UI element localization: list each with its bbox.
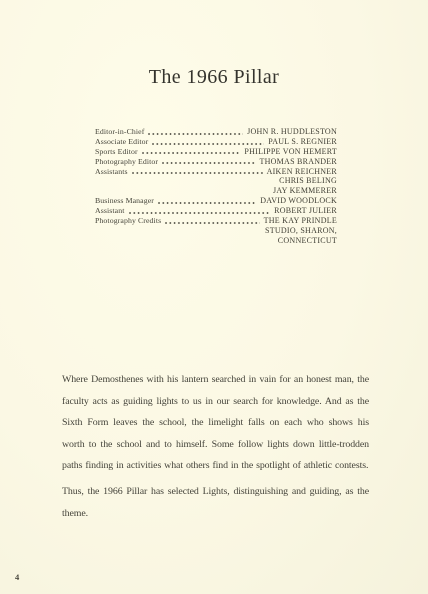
masthead-person-name: CONNECTICUT — [278, 236, 337, 246]
masthead-role-label: Sports Editor — [95, 147, 138, 157]
masthead-person-name: ROBERT JULIER — [274, 206, 337, 216]
body-text: Where Demosthenes with his lantern searc… — [62, 369, 369, 525]
dot-leader — [152, 143, 264, 145]
masthead-row: Associate EditorPAUL S. REGNIER — [95, 137, 337, 147]
masthead-person-name: THE KAY PRINDLE — [264, 216, 337, 226]
masthead-row: Sports EditorPHILIPPE VON HEMERT — [95, 147, 337, 157]
masthead-person-name: JAY KEMMERER — [273, 186, 337, 196]
yearbook-page: The 1966 Pillar Editor-in-ChiefJOHN R. H… — [0, 0, 428, 594]
masthead-person-name: PAUL S. REGNIER — [268, 137, 337, 147]
dot-leader — [162, 162, 255, 164]
masthead-row: STUDIO, SHARON, — [95, 226, 337, 236]
masthead-person-name: CHRIS BELING — [279, 176, 337, 186]
masthead-person-name: THOMAS BRANDER — [259, 157, 337, 167]
masthead-person-name: PHILIPPE VON HEMERT — [244, 147, 337, 157]
masthead-row: Business ManagerDAVID WOODLOCK — [95, 196, 337, 206]
masthead-role-label: Assistants — [95, 167, 128, 177]
masthead-row: CONNECTICUT — [95, 236, 337, 246]
dot-leader — [148, 133, 243, 135]
masthead-row: JAY KEMMERER — [95, 186, 337, 196]
masthead-row: AssistantsAIKEN REICHNER — [95, 167, 337, 177]
masthead-role-label: Photography Editor — [95, 157, 158, 167]
dot-leader — [142, 152, 241, 154]
masthead-role-label: Editor-in-Chief — [95, 127, 144, 137]
masthead-person-name: AIKEN REICHNER — [267, 167, 337, 177]
page-number: 4 — [15, 572, 19, 582]
dot-leader — [129, 212, 271, 214]
masthead-role-label: Associate Editor — [95, 137, 148, 147]
masthead-person-name: STUDIO, SHARON, — [265, 226, 337, 236]
page-title: The 1966 Pillar — [0, 66, 428, 89]
masthead-row: Photography CreditsTHE KAY PRINDLE — [95, 216, 337, 226]
dot-leader — [132, 172, 263, 174]
masthead-role-label: Photography Credits — [95, 216, 161, 226]
masthead-row: Photography EditorTHOMAS BRANDER — [95, 157, 337, 167]
masthead-row: Editor-in-ChiefJOHN R. HUDDLESTON — [95, 127, 337, 137]
masthead-role-label: Assistant — [95, 206, 125, 216]
masthead-row: CHRIS BELING — [95, 176, 337, 186]
masthead-person-name: DAVID WOODLOCK — [260, 196, 337, 206]
dot-leader — [165, 222, 259, 224]
dot-leader — [158, 202, 256, 204]
masthead-row: AssistantROBERT JULIER — [95, 206, 337, 216]
masthead-staff-list: Editor-in-ChiefJOHN R. HUDDLESTONAssocia… — [95, 127, 337, 246]
masthead-role-label: Business Manager — [95, 196, 154, 206]
body-paragraph: Where Demosthenes with his lantern searc… — [62, 369, 369, 477]
body-paragraph: Thus, the 1966 Pillar has selected Light… — [62, 481, 369, 524]
masthead-person-name: JOHN R. HUDDLESTON — [247, 127, 337, 137]
